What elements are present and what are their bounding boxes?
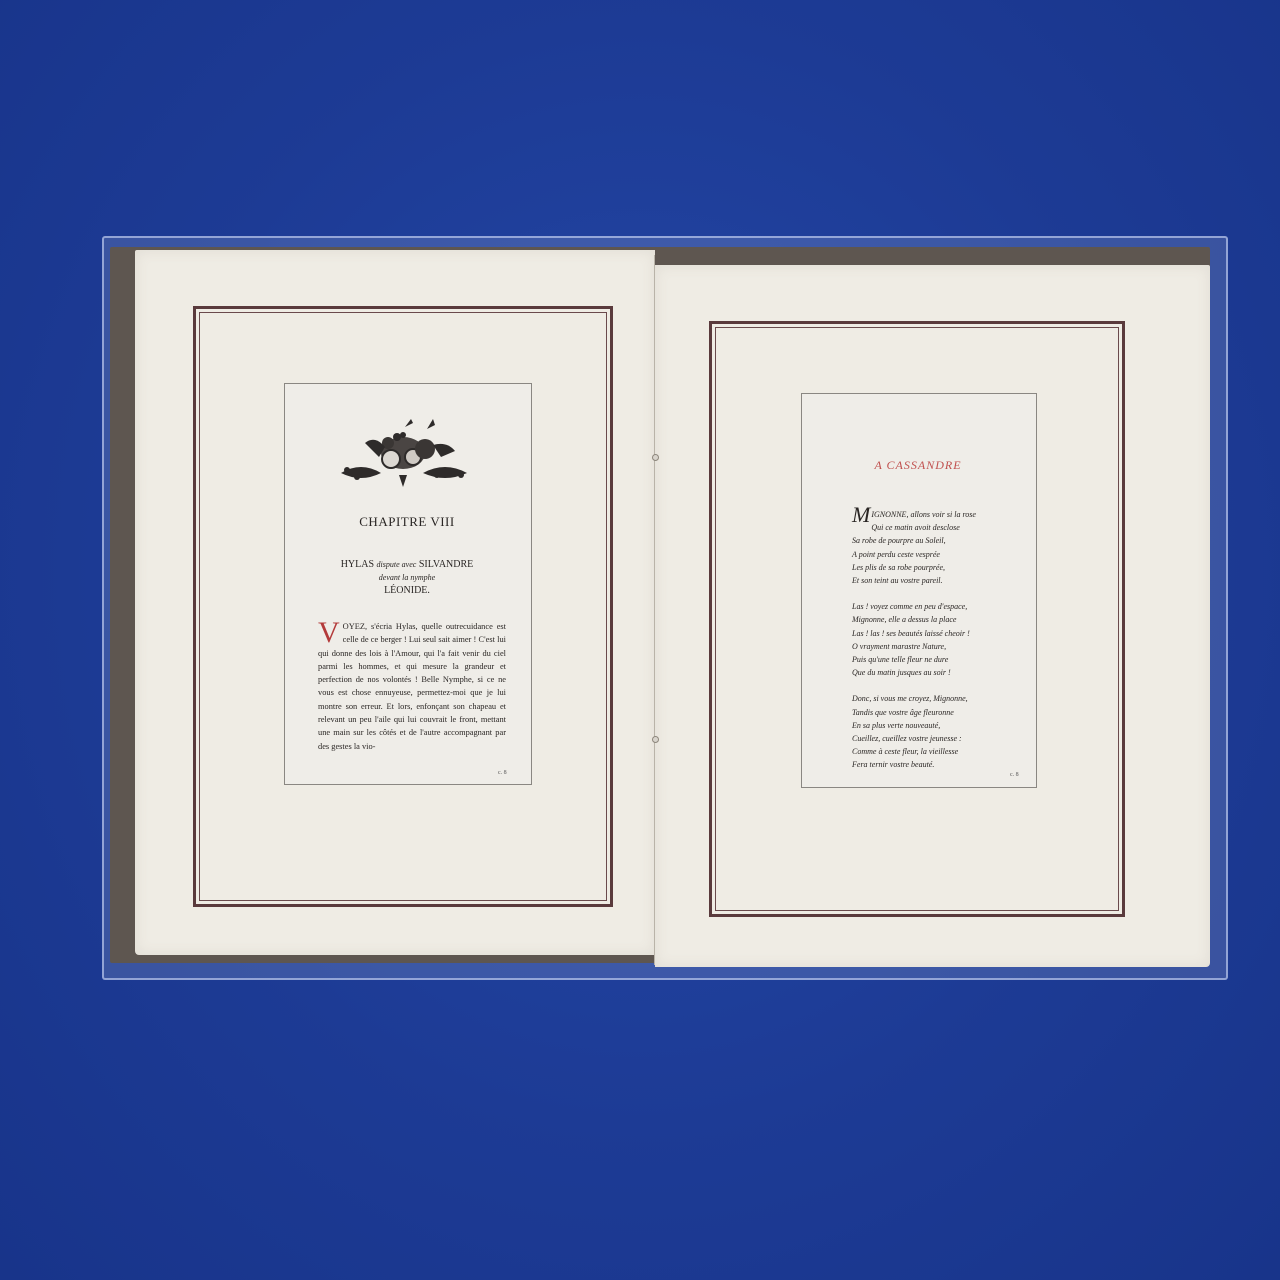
subtitle-name-silvandre: SILVANDRE: [419, 559, 473, 570]
poem-line: Sa robe de pourpre au Soleil,: [852, 534, 1032, 547]
poem-line: Et son teint au vostre pareil.: [852, 574, 1032, 587]
poem-line: Tandis que vostre âge fleuronne: [852, 706, 1032, 719]
prose-text: OYEZ, s'écria Hylas, quelle outrecuidanc…: [318, 622, 506, 751]
subtitle-name-hylas: HYLAS: [341, 559, 374, 570]
drop-cap: V: [318, 621, 340, 645]
poem-line: Las ! las ! ses beautés laissé cheoir !: [852, 627, 1032, 640]
poem-stanza: Donc, si vous me croyez, Mignonne, Tandi…: [852, 692, 1032, 771]
poem-line: O vrayment marastre Nature,: [852, 640, 1032, 653]
poem-line: En sa plus verte nouveauté,: [852, 719, 1032, 732]
chapter-title: CHAPITRE VIII: [284, 514, 530, 530]
poem-line: Qui ce matin avoit desclose: [852, 521, 1032, 534]
subtitle-connector: dispute avec: [377, 560, 417, 569]
poem-line: Fera ternir vostre beauté.: [852, 758, 1032, 771]
poem-stanza: Las ! voyez comme en peu d'espace, Migno…: [852, 600, 1032, 679]
poem-line: Comme à ceste fleur, la vieillesse: [852, 745, 1032, 758]
chapter-prose: V OYEZ, s'écria Hylas, quelle outrecuida…: [318, 620, 506, 753]
subtitle-line2: devant la nymphe: [379, 573, 435, 582]
poem-line: A point perdu ceste vesprée: [852, 548, 1032, 561]
chapter-subtitle: HYLAS dispute avec SILVANDRE devant la n…: [284, 558, 530, 597]
poem-line: Las ! voyez comme en peu d'espace,: [852, 600, 1032, 613]
left-signature-mark: c. 8: [498, 770, 507, 776]
subtitle-name-leonide: LÉONIDE.: [284, 584, 530, 597]
right-signature-mark: c. 8: [1010, 772, 1019, 778]
poem-line: Donc, si vous me croyez, Mignonne,: [852, 692, 1032, 705]
poem-drop-cap: M: [852, 508, 870, 522]
poem-line: Les plis de sa robe pourprée,: [852, 561, 1032, 574]
binding-stitch: [652, 454, 659, 461]
poem-title: A CASSANDRE: [801, 458, 1035, 473]
poem-line: IGNONNE, allons voir si la rose: [852, 508, 1032, 521]
poem-line: Puis qu'une telle fleur ne dure: [852, 653, 1032, 666]
fruit-ornament-icon: [333, 415, 473, 490]
book-spine: [654, 255, 655, 965]
poem-stanza: M IGNONNE, allons voir si la rose Qui ce…: [852, 508, 1032, 587]
poem-line: Cueillez, cueillez vostre jeunesse :: [852, 732, 1032, 745]
poem-line: Que du matin jusques au soir !: [852, 666, 1032, 679]
poem-body: M IGNONNE, allons voir si la rose Qui ce…: [852, 508, 1032, 785]
poem-line: Mignonne, elle a dessus la place: [852, 613, 1032, 626]
binding-stitch: [652, 736, 659, 743]
